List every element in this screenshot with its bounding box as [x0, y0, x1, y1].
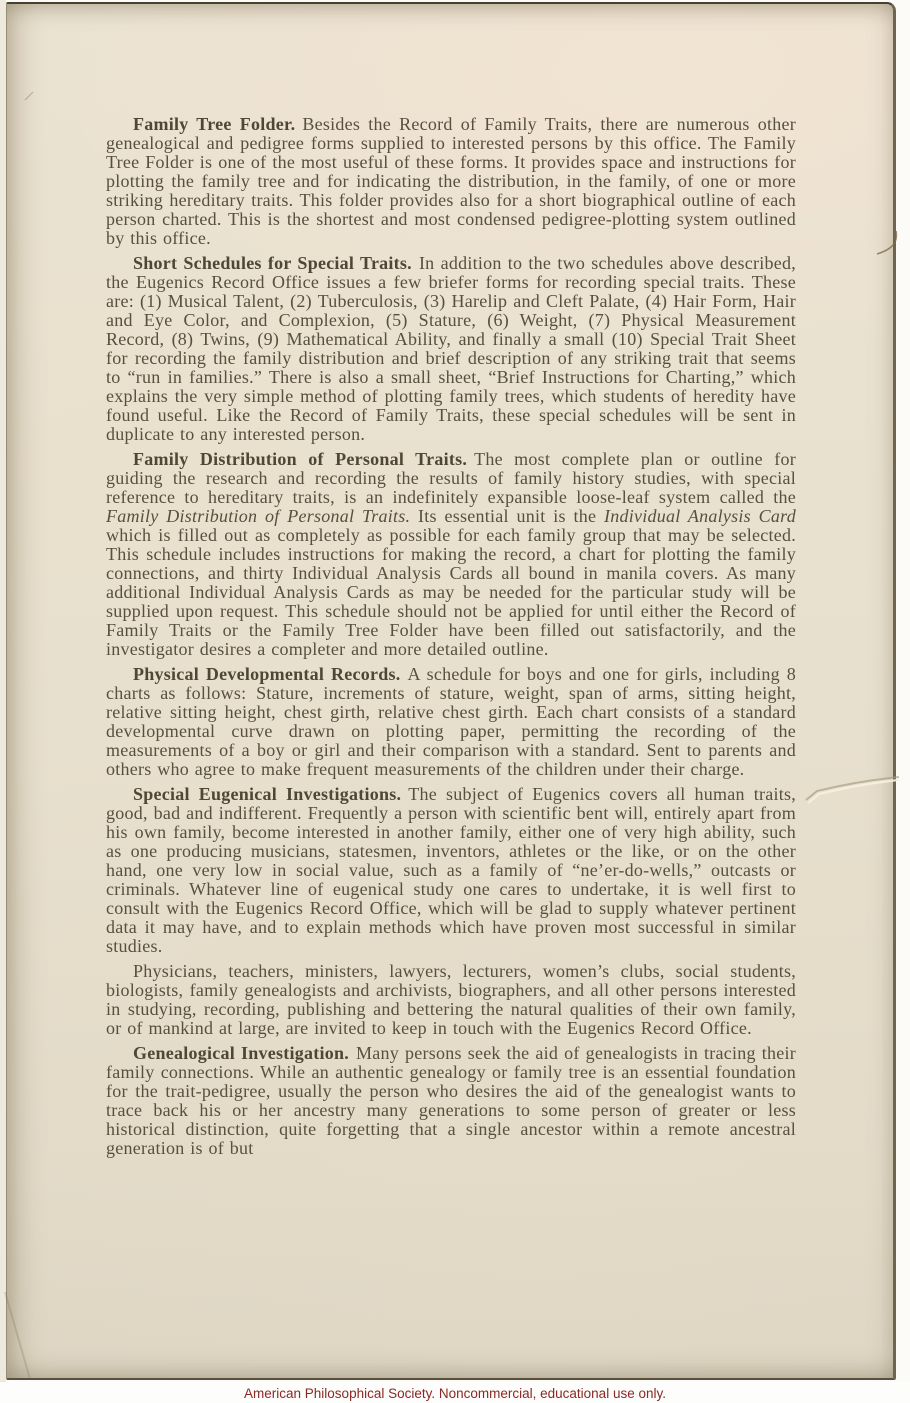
paragraph: Special Eugenical Investigations.The sub… — [106, 785, 796, 956]
paragraph: Physicians, teachers, ministers, lawyers… — [106, 962, 796, 1038]
body-text: In addition to the two schedules above d… — [106, 253, 796, 444]
footer-credit: American Philosophical Society. Noncomme… — [0, 1386, 910, 1401]
paragraph-heading: Genealogical Investigation. — [133, 1043, 349, 1063]
body-text: Its essential unit is the — [410, 506, 604, 526]
paragraph: Genealogical Investigation.Many persons … — [106, 1044, 796, 1158]
scanned-document: Family Tree Folder.Besides the Record of… — [0, 0, 910, 1403]
paragraph-heading: Physical Developmental Records. — [133, 664, 400, 684]
paragraph: Family Distribution of Personal Traits.T… — [106, 450, 796, 659]
italic-text: Family Distribution of Personal Traits. — [106, 506, 410, 526]
paragraph: Physical Developmental Records.A schedul… — [106, 665, 796, 779]
paragraph-heading: Family Distribution of Personal Traits. — [133, 449, 467, 469]
italic-text: Individual Analysis Card — [604, 506, 796, 526]
paragraph-heading: Special Eugenical Investigations. — [133, 784, 401, 804]
body-text: which is filled out as completely as pos… — [106, 525, 796, 659]
paragraph: Short Schedules for Special Traits.In ad… — [106, 254, 796, 444]
text-block: Family Tree Folder.Besides the Record of… — [106, 115, 796, 1164]
paragraph: Family Tree Folder.Besides the Record of… — [106, 115, 796, 248]
paragraph-heading: Short Schedules for Special Traits. — [133, 253, 412, 273]
body-text: Besides the Record of Family Traits, the… — [106, 114, 796, 248]
scanned-page: Family Tree Folder.Besides the Record of… — [6, 2, 896, 1380]
paragraph-heading: Family Tree Folder. — [133, 114, 295, 134]
body-text: Physicians, teachers, ministers, lawyers… — [106, 961, 796, 1038]
body-text: The subject of Eugenics covers all human… — [106, 784, 796, 956]
